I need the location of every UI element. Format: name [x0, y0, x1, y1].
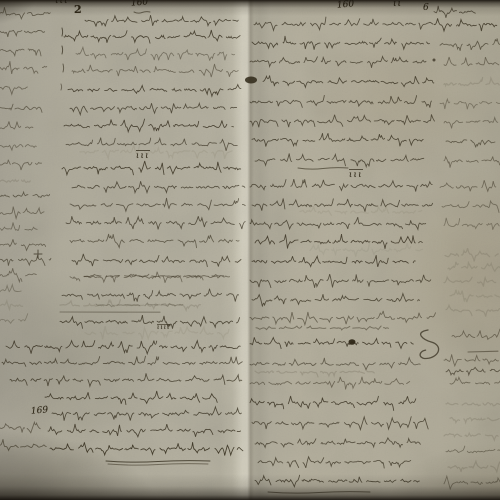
faint-stroke — [0, 180, 30, 183]
frag-stroke — [0, 239, 46, 250]
frag-stroke — [0, 223, 37, 231]
frag-stroke — [444, 118, 498, 129]
frag-stroke — [0, 61, 47, 74]
line-stroke — [255, 154, 424, 167]
frag-stroke — [0, 104, 42, 112]
faint-stroke — [255, 371, 374, 377]
line-stroke — [258, 457, 411, 468]
book-bottom-edge-shadow — [0, 474, 500, 500]
line-stroke — [10, 373, 242, 386]
frag-stroke — [0, 145, 36, 151]
line-stroke — [252, 255, 415, 267]
frag-stroke — [440, 99, 500, 109]
line-stroke — [45, 391, 217, 405]
line-stroke — [70, 198, 245, 211]
line-stroke — [250, 57, 426, 68]
frag-stroke — [444, 157, 500, 168]
faint-stroke — [444, 78, 499, 86]
dash-stroke — [468, 351, 498, 352]
blot-stroke — [433, 59, 436, 62]
line-stroke — [6, 341, 240, 354]
manuscript-scan: ιιι 2 160 ιιι ιιιι 169 160 ιι 6 ιιι — [0, 0, 500, 500]
frag-stroke — [444, 57, 499, 66]
tick-stroke — [63, 64, 64, 72]
frag-stroke — [446, 140, 495, 148]
line-stroke — [72, 64, 238, 77]
underline-stroke — [108, 464, 208, 466]
frag-stroke — [446, 367, 500, 375]
line-stroke — [70, 234, 239, 248]
faint-stroke — [446, 403, 500, 406]
line-stroke — [252, 36, 429, 50]
handwriting-layer — [0, 0, 500, 500]
line-stroke — [255, 234, 422, 249]
frag-stroke — [0, 285, 21, 292]
line-stroke — [263, 76, 434, 88]
line-stroke — [60, 315, 240, 329]
line-stroke — [64, 119, 233, 132]
blot-stroke — [349, 339, 356, 345]
line-stroke — [66, 216, 245, 229]
line-stroke — [2, 356, 242, 366]
underline-stroke — [106, 461, 210, 463]
tick-stroke — [61, 84, 62, 90]
line-stroke — [250, 217, 426, 229]
frag-stroke — [0, 30, 45, 37]
line-stroke — [68, 85, 241, 97]
faint-stroke — [85, 326, 229, 339]
line-stroke — [250, 95, 432, 107]
frag-stroke — [0, 192, 50, 197]
faint-stroke — [448, 262, 500, 272]
line-stroke — [70, 272, 230, 283]
frag-stroke — [434, 18, 497, 31]
line-stroke — [250, 274, 431, 288]
line-stroke — [62, 289, 239, 302]
frag-stroke — [0, 121, 33, 129]
underline-stroke — [298, 168, 348, 170]
faint-stroke — [446, 305, 499, 316]
line-stroke — [252, 133, 423, 146]
line-stroke — [254, 17, 433, 30]
line-stroke — [70, 103, 237, 115]
line-stroke — [64, 30, 240, 43]
tick-stroke — [62, 46, 63, 54]
line-stroke — [250, 396, 416, 411]
line-stroke — [255, 438, 420, 448]
frag-stroke — [450, 377, 500, 384]
line-stroke — [72, 181, 245, 192]
frag-stroke — [444, 218, 499, 230]
frag-stroke — [0, 160, 42, 170]
line-stroke — [250, 179, 432, 191]
line-stroke — [76, 47, 235, 60]
line-stroke — [52, 407, 241, 421]
tick-stroke — [62, 28, 63, 36]
line-stroke — [50, 442, 243, 455]
line-stroke — [62, 161, 241, 175]
faint-stroke — [444, 277, 496, 286]
faint-stroke — [445, 248, 498, 261]
frag-stroke — [444, 354, 498, 366]
frag-stroke — [0, 49, 41, 56]
line-stroke — [85, 15, 238, 26]
frag-stroke — [0, 314, 28, 324]
faint-stroke — [310, 243, 423, 257]
line-stroke — [252, 199, 433, 212]
faint-stroke — [448, 461, 500, 472]
frag-stroke — [0, 86, 28, 94]
frag-stroke — [0, 256, 51, 266]
faint-stroke — [444, 433, 498, 440]
frag-stroke — [0, 268, 36, 282]
line-stroke — [250, 358, 420, 370]
frag-stroke — [0, 439, 46, 450]
frag-stroke — [0, 207, 44, 219]
line-stroke — [250, 311, 436, 325]
strike-stroke — [256, 326, 388, 330]
line-stroke — [250, 377, 410, 390]
faint-stroke — [450, 290, 500, 302]
line-stroke — [252, 294, 419, 307]
line-stroke — [72, 254, 241, 267]
flourish-stroke — [420, 330, 439, 359]
line-stroke — [48, 424, 241, 437]
blot-stroke — [245, 77, 257, 84]
line-stroke — [250, 337, 413, 348]
faint-stroke — [450, 418, 499, 423]
line-stroke — [250, 114, 435, 127]
faint-stroke — [0, 301, 23, 310]
frag-stroke — [0, 422, 40, 433]
book-top-edge-shadow — [0, 0, 500, 16]
frag-stroke — [440, 38, 500, 50]
frag-stroke — [440, 180, 496, 191]
frag-stroke — [452, 329, 500, 339]
frag-stroke — [442, 201, 499, 212]
plus-stroke — [34, 250, 42, 258]
line-stroke — [66, 138, 237, 151]
faint-stroke — [80, 145, 232, 159]
frag-stroke — [446, 446, 500, 453]
line-stroke — [252, 417, 428, 430]
